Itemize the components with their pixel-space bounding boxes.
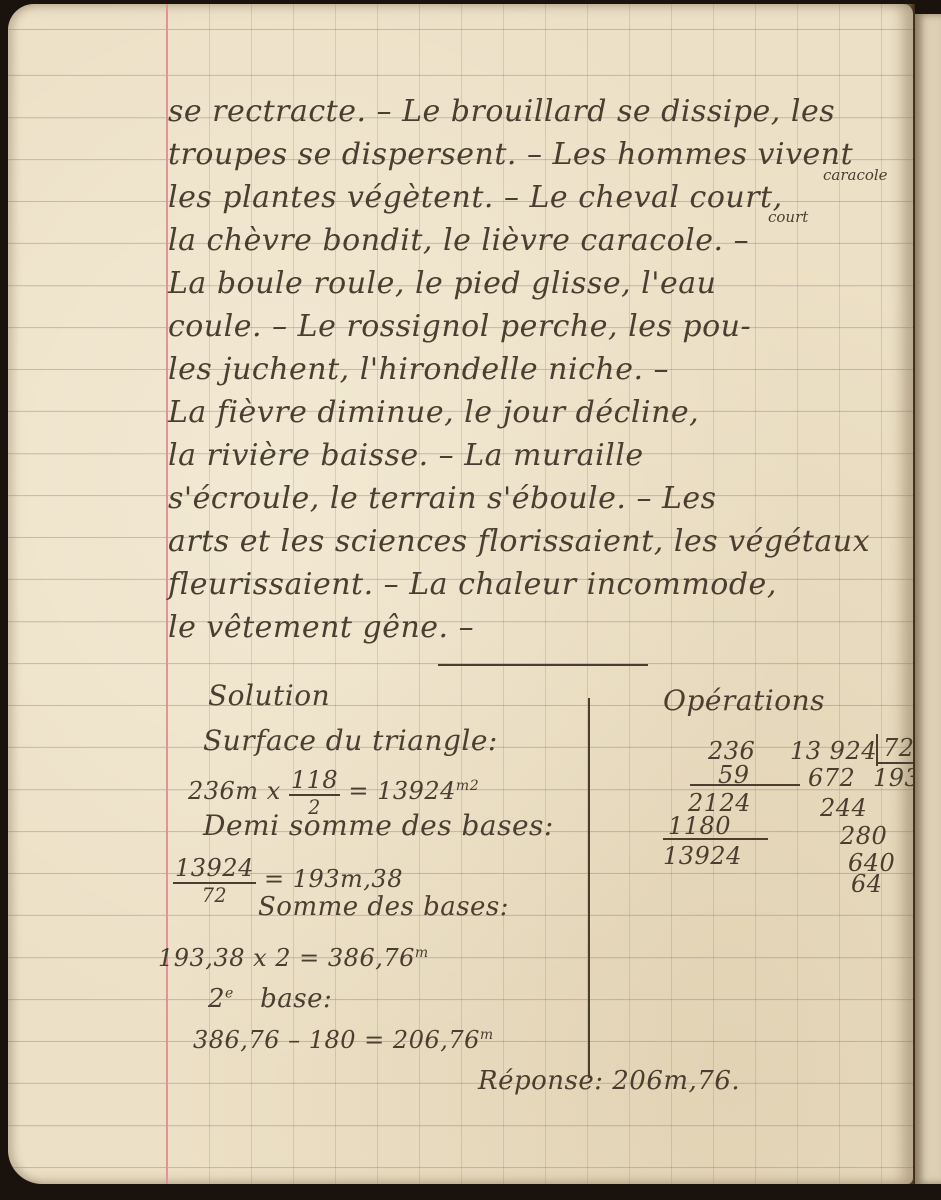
- prose-line: la chèvre bondit, le lièvre caracole. –: [168, 223, 749, 258]
- correction-above: court: [768, 208, 808, 226]
- prose-line: le vêtement gêne. –: [168, 610, 474, 645]
- prose-line: La fièvre diminue, le jour décline,: [168, 395, 699, 430]
- divisor: 72: [883, 734, 913, 762]
- division-step: 672: [808, 764, 855, 792]
- prose-line: la rivière baisse. – La muraille: [168, 438, 644, 473]
- multiplication-rule: [690, 784, 800, 786]
- prose-line: coule. – Le rossignol perche, les pou-: [168, 309, 751, 344]
- step-expression: 193,38 x 2 = 386,76m: [158, 944, 429, 972]
- step-heading: 2e base:: [208, 984, 332, 1014]
- prose-line: se rectracte. – Le brouillard se dissipe…: [168, 94, 835, 129]
- division-step: 280: [840, 822, 887, 850]
- partial-product: 1180: [668, 812, 731, 840]
- answer: Réponse: 206m,76.: [478, 1066, 740, 1096]
- division-step: 64: [851, 870, 883, 898]
- column-divider: [588, 698, 590, 1078]
- prose-line: s'écroule, le terrain s'éboule. – Les: [168, 481, 717, 516]
- next-page-edge: [915, 14, 941, 1184]
- section-divider: [438, 664, 648, 666]
- prose-line: La boule roule, le pied glisse, l'eau: [168, 266, 716, 301]
- prose-line: les plantes végètent. – Le cheval court,: [168, 180, 783, 215]
- division-step: 244: [820, 794, 867, 822]
- step-heading: Surface du triangle:: [203, 724, 498, 757]
- solution-title: Solution: [208, 679, 330, 712]
- prose-line: arts et les sciences florissaient, les v…: [168, 524, 870, 559]
- prose-line: les juchent, l'hirondelle niche. –: [168, 352, 669, 387]
- notebook-page: se rectracte. – Le brouillard se dissipe…: [8, 4, 913, 1184]
- operations-title: Opérations: [663, 684, 825, 717]
- sum-rule: [663, 838, 768, 840]
- step-heading: Somme des bases:: [258, 892, 509, 922]
- step-expression: 386,76 – 180 = 206,76m: [193, 1026, 494, 1054]
- prose-line: troupes se dispersent. – Les hommes vive…: [168, 137, 853, 172]
- product: 13924: [663, 842, 742, 870]
- quotient: 193: [873, 764, 913, 792]
- prose-line: fleurissaient. – La chaleur incommode,: [168, 567, 777, 602]
- dividend: 13 924: [790, 737, 877, 765]
- step-heading: Demi somme des bases:: [203, 809, 554, 842]
- correction-above: caracole: [823, 166, 888, 184]
